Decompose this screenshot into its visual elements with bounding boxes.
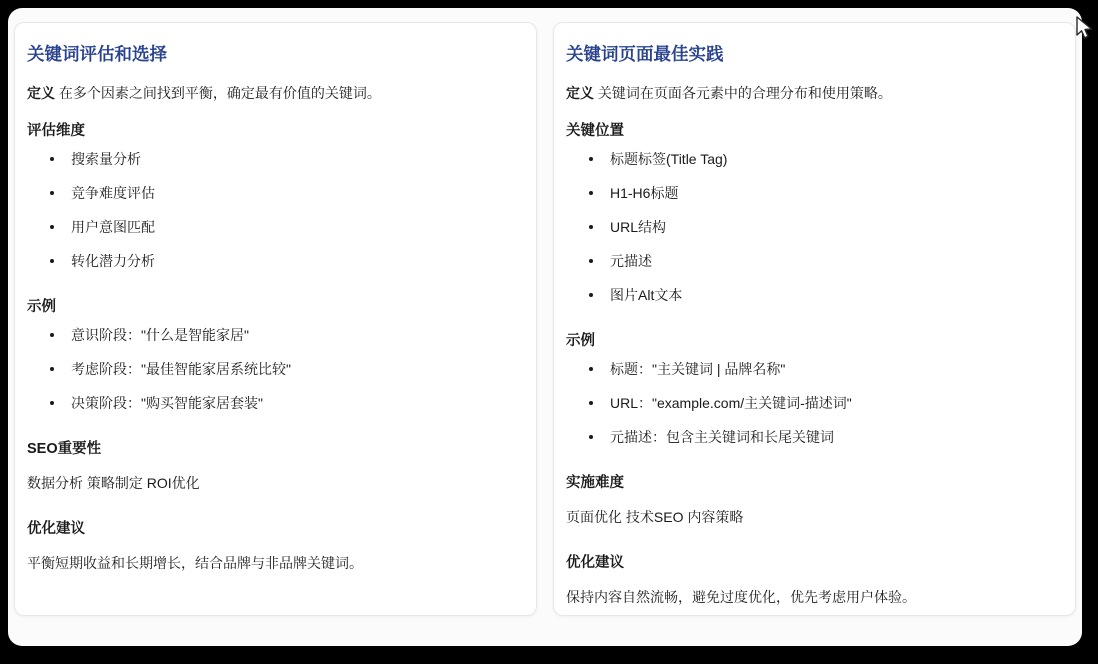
list-item: H1-H6标题	[566, 183, 1063, 203]
key-positions-list: 标题标签(Title Tag) H1-H6标题 URL结构 元描述 图片Alt文…	[566, 149, 1063, 305]
definition-text: 关键词在页面各元素中的合理分布和使用策略。	[598, 85, 892, 101]
list-item: 决策阶段："购买智能家居套装"	[27, 393, 524, 413]
list-item: 标题："主关键词 | 品牌名称"	[566, 359, 1063, 379]
list-item: URL结构	[566, 217, 1063, 237]
section-heading-optimization-advice: 优化建议	[566, 553, 1063, 573]
optimization-advice-text: 平衡短期收益和长期增长，结合品牌与非品牌关键词。	[27, 553, 524, 573]
list-item: 意识阶段："什么是智能家居"	[27, 325, 524, 345]
list-item: 用户意图匹配	[27, 217, 524, 237]
list-item: 元描述	[566, 251, 1063, 271]
section-heading-examples: 示例	[566, 331, 1063, 351]
optimization-advice-text: 保持内容自然流畅，避免过度优化，优先考虑用户体验。	[566, 587, 1063, 607]
definition-label: 定义	[27, 85, 55, 101]
section-heading-evaluation-dimensions: 评估维度	[27, 121, 524, 141]
card-keyword-evaluation: 关键词评估和选择 定义 在多个因素之间找到平衡，确定最有价值的关键词。 评估维度…	[14, 22, 537, 616]
list-item: 竞争难度评估	[27, 183, 524, 203]
card-title: 关键词评估和选择	[27, 43, 524, 65]
section-heading-key-positions: 关键位置	[566, 121, 1063, 141]
list-item: 元描述：包含主关键词和长尾关键词	[566, 427, 1063, 447]
card-title: 关键词页面最佳实践	[566, 43, 1063, 65]
list-item: 标题标签(Title Tag)	[566, 149, 1063, 169]
section-heading-seo-importance: SEO重要性	[27, 439, 524, 459]
examples-list: 标题："主关键词 | 品牌名称" URL："example.com/主关键词-描…	[566, 359, 1063, 447]
definition-paragraph: 定义 关键词在页面各元素中的合理分布和使用策略。	[566, 83, 1063, 103]
definition-text: 在多个因素之间找到平衡，确定最有价值的关键词。	[59, 85, 381, 101]
list-item: 考虑阶段："最佳智能家居系统比较"	[27, 359, 524, 379]
list-item: URL："example.com/主关键词-描述词"	[566, 393, 1063, 413]
page-background: 关键词评估和选择 定义 在多个因素之间找到平衡，确定最有价值的关键词。 评估维度…	[8, 8, 1082, 646]
list-item: 图片Alt文本	[566, 285, 1063, 305]
list-item: 搜索量分析	[27, 149, 524, 169]
examples-list: 意识阶段："什么是智能家居" 考虑阶段："最佳智能家居系统比较" 决策阶段："购…	[27, 325, 524, 413]
section-heading-examples: 示例	[27, 297, 524, 317]
seo-importance-text: 数据分析 策略制定 ROI优化	[27, 473, 524, 493]
card-keyword-page-best-practices: 关键词页面最佳实践 定义 关键词在页面各元素中的合理分布和使用策略。 关键位置 …	[553, 22, 1076, 616]
definition-label: 定义	[566, 85, 594, 101]
list-item: 转化潜力分析	[27, 251, 524, 271]
cards-row: 关键词评估和选择 定义 在多个因素之间找到平衡，确定最有价值的关键词。 评估维度…	[8, 8, 1082, 624]
section-heading-optimization-advice: 优化建议	[27, 519, 524, 539]
evaluation-dimensions-list: 搜索量分析 竞争难度评估 用户意图匹配 转化潜力分析	[27, 149, 524, 271]
definition-paragraph: 定义 在多个因素之间找到平衡，确定最有价值的关键词。	[27, 83, 524, 103]
section-heading-implementation-difficulty: 实施难度	[566, 473, 1063, 493]
implementation-difficulty-text: 页面优化 技术SEO 内容策略	[566, 507, 1063, 527]
